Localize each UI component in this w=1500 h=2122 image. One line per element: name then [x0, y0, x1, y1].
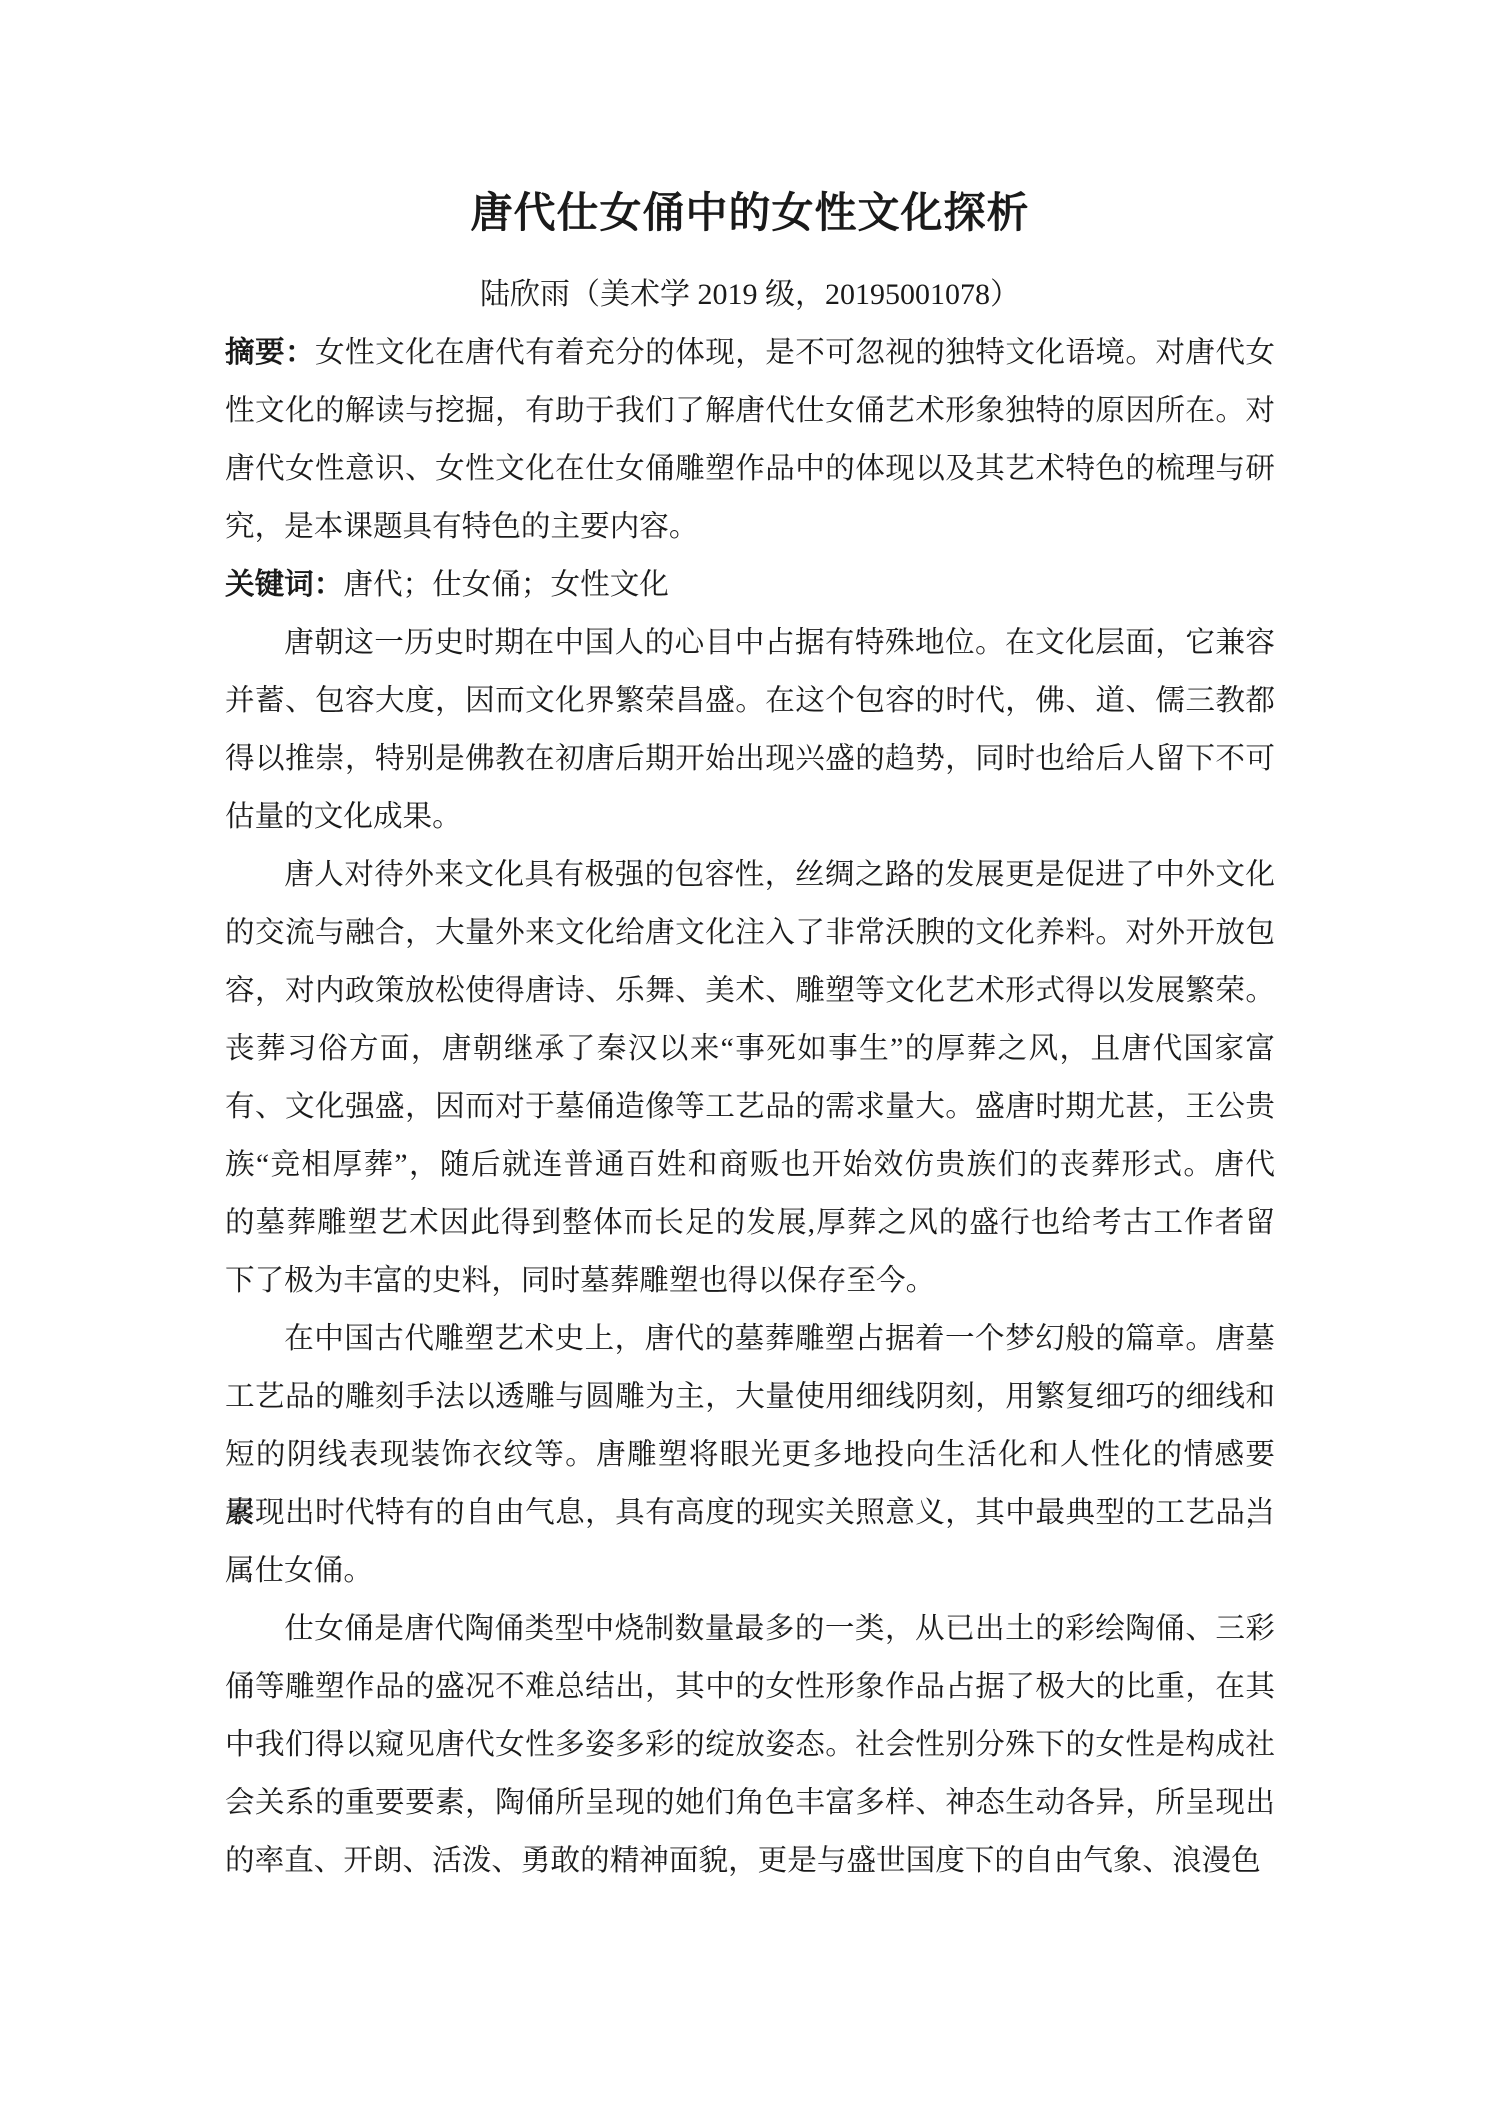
text-line: 的墓葬雕塑艺术因此得到整体而长足的发展,厚葬之风的盛行也给考古工作者留 [225, 1194, 1275, 1252]
text-line: 摘要：女性文化在唐代有着充分的体现，是不可忽视的独特文化语境。对唐代女 [225, 324, 1275, 382]
text-line: 在中国古代雕塑艺术史上，唐代的墓葬雕塑占据着一个梦幻般的篇章。唐墓 [225, 1310, 1275, 1368]
text-line: 容，对内政策放松使得唐诗、乐舞、美术、雕塑等文化艺术形式得以发展繁荣。 [225, 962, 1275, 1020]
paragraph-body: 唐人对待外来文化具有极强的包容性，丝绸之路的发展更是促进了中外文化的交流与融合，… [225, 846, 1275, 1310]
text-line: 短的阴线表现装饰衣纹等。唐雕塑将眼光更多地投向生活化和人性化的情感要素， [225, 1426, 1275, 1484]
paragraph-body: 仕女俑是唐代陶俑类型中烧制数量最多的一类，从已出土的彩绘陶俑、三彩俑等雕塑作品的… [225, 1600, 1275, 1890]
text-line: 有、文化强盛，因而对于墓俑造像等工艺品的需求量大。盛唐时期尤甚，王公贵 [225, 1078, 1275, 1136]
text-line: 估量的文化成果。 [225, 788, 1275, 846]
text-line: 的率直、开朗、活泼、勇敢的精神面貌，更是与盛世国度下的自由气象、浪漫色 [225, 1832, 1275, 1890]
document-page: 唐代仕女俑中的女性文化探析 陆欣雨（美术学 2019 级，20195001078… [0, 0, 1500, 2122]
text-line: 并蓄、包容大度，因而文化界繁荣昌盛。在这个包容的时代，佛、道、儒三教都 [225, 672, 1275, 730]
text-line: 性文化的解读与挖掘，有助于我们了解唐代仕女俑艺术形象独特的原因所在。对 [225, 382, 1275, 440]
paragraph-keywords: 关键词：唐代；仕女俑；女性文化 [225, 556, 1275, 614]
text-line: 俑等雕塑作品的盛况不难总结出，其中的女性形象作品占据了极大的比重，在其 [225, 1658, 1275, 1716]
paragraph-body: 唐朝这一历史时期在中国人的心目中占据有特殊地位。在文化层面，它兼容并蓄、包容大度… [225, 614, 1275, 846]
text-line: 下了极为丰富的史料，同时墓葬雕塑也得以保存至今。 [225, 1252, 1275, 1310]
author-line: 陆欣雨（美术学 2019 级，20195001078） [225, 266, 1275, 324]
paper-title: 唐代仕女俑中的女性文化探析 [225, 180, 1275, 248]
text-line: 关键词：唐代；仕女俑；女性文化 [225, 556, 1275, 614]
text-line: 的交流与融合，大量外来文化给唐文化注入了非常沃腴的文化养料。对外开放包 [225, 904, 1275, 962]
text-line: 丧葬习俗方面，唐朝继承了秦汉以来“事死如事生”的厚葬之风，且唐代国家富 [225, 1020, 1275, 1078]
text-line: 得以推崇，特别是佛教在初唐后期开始出现兴盛的趋势，同时也给后人留下不可 [225, 730, 1275, 788]
abstract-label: 摘要： [225, 337, 315, 369]
text-line: 中我们得以窥见唐代女性多姿多彩的绽放姿态。社会性别分殊下的女性是构成社 [225, 1716, 1275, 1774]
document-body: 摘要：女性文化在唐代有着充分的体现，是不可忽视的独特文化语境。对唐代女性文化的解… [225, 324, 1275, 1890]
text-line: 仕女俑是唐代陶俑类型中烧制数量最多的一类，从已出土的彩绘陶俑、三彩 [225, 1600, 1275, 1658]
text-line: 属仕女俑。 [225, 1542, 1275, 1600]
text-line: 工艺品的雕刻手法以透雕与圆雕为主，大量使用细线阴刻，用繁复细巧的细线和 [225, 1368, 1275, 1426]
keywords-label: 关键词： [225, 569, 343, 601]
text-line: 会关系的重要要素，陶俑所呈现的她们角色丰富多样、神态生动各异，所呈现出 [225, 1774, 1275, 1832]
text-line: 唐人对待外来文化具有极强的包容性，丝绸之路的发展更是促进了中外文化 [225, 846, 1275, 904]
paragraph-body: 在中国古代雕塑艺术史上，唐代的墓葬雕塑占据着一个梦幻般的篇章。唐墓工艺品的雕刻手… [225, 1310, 1275, 1600]
text-line: 展现出时代特有的自由气息，具有高度的现实关照意义，其中最典型的工艺品当 [225, 1484, 1275, 1542]
text-line: 唐代女性意识、女性文化在仕女俑雕塑作品中的体现以及其艺术特色的梳理与研 [225, 440, 1275, 498]
text-line: 族“竞相厚葬”，随后就连普通百姓和商贩也开始效仿贵族们的丧葬形式。唐代 [225, 1136, 1275, 1194]
text-line: 究，是本课题具有特色的主要内容。 [225, 498, 1275, 556]
text-line: 唐朝这一历史时期在中国人的心目中占据有特殊地位。在文化层面，它兼容 [225, 614, 1275, 672]
paragraph-abstract: 摘要：女性文化在唐代有着充分的体现，是不可忽视的独特文化语境。对唐代女性文化的解… [225, 324, 1275, 556]
